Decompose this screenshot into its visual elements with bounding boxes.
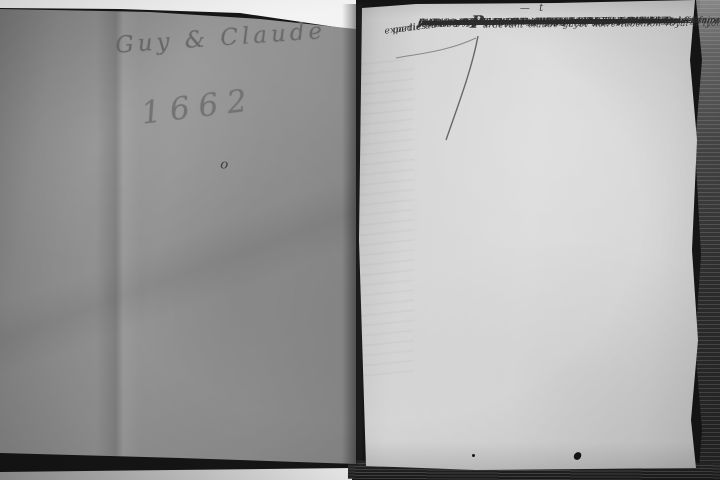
folio-mark: — t: [498, 3, 568, 17]
manuscript-line: pour leur part de la somme convenue pour…: [418, 16, 688, 29]
manuscript-text-block: Pardevant claude gayet no.re tabellion r…: [418, 16, 701, 414]
cover-stray-mark: o: [219, 157, 241, 181]
ink-dot: [472, 454, 475, 457]
manuscript-photo: Guy & Claude 1662 o — t expedié aux part…: [0, 0, 720, 480]
scan-background-bottom: [0, 466, 352, 480]
cover-crease-diagonal: [0, 156, 356, 396]
ink-bleed-through: [360, 60, 414, 380]
